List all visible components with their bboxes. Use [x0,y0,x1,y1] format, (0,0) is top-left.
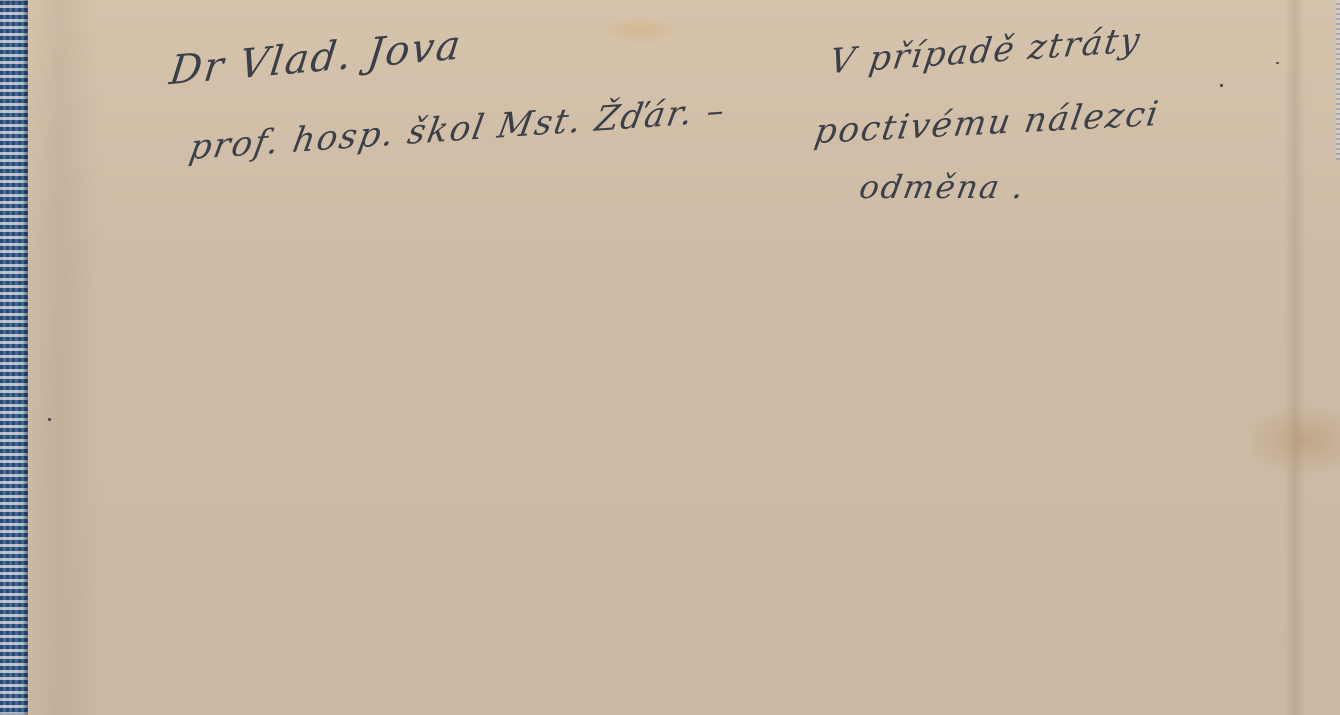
cloth-binding-spine [0,0,28,715]
ink-fleck [48,418,51,421]
ink-fleck [1276,62,1279,64]
reward-note-line-3: odměna . [857,168,1029,206]
ink-fleck [1220,84,1223,87]
right-edge-binding [1336,0,1340,160]
